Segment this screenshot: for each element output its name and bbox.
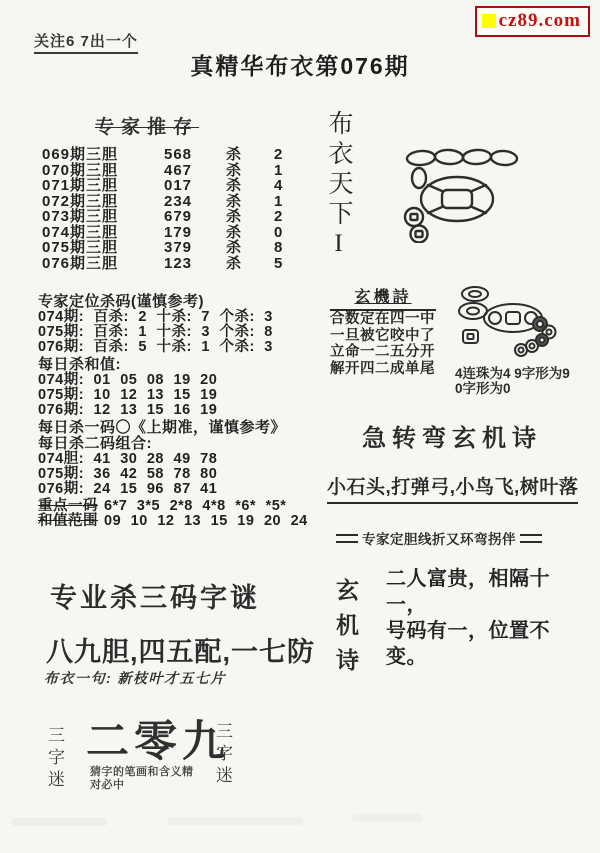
kill-three-riddle-title: 专业杀三码字谜 xyxy=(50,576,260,615)
recommend-header: 专家推存 xyxy=(95,112,199,139)
row-issue: 075期三胆 xyxy=(42,240,164,256)
couplet-line2: 号码有一，位置不变。 xyxy=(386,618,566,670)
daily-kill-block: 专家定位杀码(谨慎参考) 074期: 百杀: 2 十杀: 7 个杀: 3 075… xyxy=(38,294,318,529)
logo-text: cz89.com xyxy=(499,10,581,32)
row-dan: 568 xyxy=(164,147,226,163)
row-issue: 071期三胆 xyxy=(42,178,164,194)
row-issue: 073期三胆 xyxy=(42,209,164,225)
xuanjishi-vertical-label: 玄机诗 xyxy=(330,578,363,683)
row-issue: 074期三胆 xyxy=(42,225,164,241)
row-issue: 076期三胆 xyxy=(42,256,164,272)
row-dan: 179 xyxy=(164,225,226,241)
logo-yellow-square-icon xyxy=(482,14,496,28)
row-kill-label: 杀 xyxy=(226,194,274,210)
row-dan: 234 xyxy=(164,194,226,210)
dan-pei-fang-line: 八九胆,四五配,一七防 xyxy=(46,630,315,669)
row-dan: 017 xyxy=(164,178,226,194)
xuanji-poem-line: 一旦被它咬中了 xyxy=(330,329,436,345)
ghost-smudge xyxy=(352,814,422,822)
dingwei-title: 专家定位杀码(谨慎参考) xyxy=(38,294,318,310)
page-title: 真精华布衣第076期 xyxy=(0,48,600,81)
row-dan: 379 xyxy=(164,240,226,256)
row-kill-value: 2 xyxy=(274,209,294,225)
ghost-smudge xyxy=(168,817,303,825)
sha-erma-line: 074胆: 41 30 28 49 78 xyxy=(38,452,318,467)
row-kill-value: 2 xyxy=(274,147,294,163)
three-char-riddle-left-label: 三字迷 xyxy=(42,726,67,792)
table-row: 073期三胆679杀2 xyxy=(42,209,302,225)
expert-divider: 专家定胆线折又环弯拐伴 xyxy=(336,528,546,548)
row-kill-value: 8 xyxy=(274,240,294,256)
dingwei-line: 075期: 百杀: 1 十杀: 3 个杀: 8 xyxy=(38,325,318,340)
row-dan: 679 xyxy=(164,209,226,225)
hezhi-fanwei-value: 09 10 12 13 15 19 20 24 xyxy=(104,513,308,529)
sha-yima-line: 每日杀一码〇《上期准，谨慎参考》 xyxy=(38,420,318,436)
xuanji-poem-line: 合数定在四一中 xyxy=(330,312,436,328)
row-issue: 072期三胆 xyxy=(42,194,164,210)
row-dan: 123 xyxy=(164,256,226,272)
sha-erma-line: 076期: 24 15 96 87 41 xyxy=(38,482,318,497)
ghost-smudge xyxy=(12,818,107,826)
coin-figure-drawing-icon xyxy=(397,147,524,243)
row-issue: 070期三胆 xyxy=(42,163,164,179)
sharp-turn-poem-title: 急转弯玄机诗 xyxy=(362,418,542,453)
row-kill-label: 杀 xyxy=(226,225,274,241)
sha-hezhi-title: 每日杀和值: xyxy=(38,357,318,373)
row-dan: 467 xyxy=(164,163,226,179)
riddle-footnote: 猜字的笔画和含义精 对必中 xyxy=(90,766,200,792)
site-logo: cz89.com xyxy=(475,6,590,37)
riddle-footnote-line2: 对必中 xyxy=(90,779,200,792)
xuanji-poem-line: 立命一二五分开 xyxy=(330,345,436,361)
coin-shape-note-line1: 4连珠为4 9字形为9 xyxy=(455,367,585,382)
row-kill-label: 杀 xyxy=(226,256,274,272)
dingwei-line: 074期: 百杀: 2 十杀: 7 个杀: 3 xyxy=(38,310,318,325)
buyi-sentence: 布衣一句: 新枝叶才五七片 xyxy=(44,668,226,688)
row-kill-value: 4 xyxy=(274,178,294,194)
zhongdian-line: 重点一码6*7 3*5 2*8 4*8 *6* *5* xyxy=(38,499,318,514)
sha-erma-title: 每日杀二码组合: xyxy=(38,436,318,452)
buyi-tianxia-vertical-title: 布衣天下I xyxy=(320,110,356,262)
coin-cluster-drawing-icon xyxy=(457,284,559,358)
hezhi-fanwei-label: 和值范围 xyxy=(38,513,98,529)
couplet-line1: 二人富贵，相隔十一， xyxy=(386,566,566,618)
table-row: 075期三胆379杀8 xyxy=(42,240,302,256)
row-kill-label: 杀 xyxy=(226,147,274,163)
table-row: 071期三胆017杀4 xyxy=(42,178,302,194)
sha-hezhi-line: 076期: 12 13 15 16 19 xyxy=(38,403,318,418)
row-issue: 069期三胆 xyxy=(42,147,164,163)
hezhi-fanwei-line: 和值范围09 10 12 13 15 19 20 24 xyxy=(38,514,318,529)
couplet-block: 二人富贵，相隔十一， 号码有一，位置不变。 xyxy=(386,566,566,670)
coin-shape-note-line2: 0字形为0 xyxy=(455,382,585,397)
row-kill-value: 1 xyxy=(274,163,294,179)
riddle-footnote-line1: 猜字的笔画和含义精 xyxy=(90,766,200,779)
xuanji-poem-title: 玄機詩 xyxy=(330,284,436,311)
row-kill-value: 0 xyxy=(274,225,294,241)
divider-left-line xyxy=(336,534,358,543)
table-row: 070期三胆467杀1 xyxy=(42,163,302,179)
sharp-turn-poem-line: 小石头,打弹弓,小鸟飞,树叶落 xyxy=(327,472,578,504)
zhongdian-value: 6*7 3*5 2*8 4*8 *6* *5* xyxy=(104,498,286,514)
recommend-list: 069期三胆568杀2 070期三胆467杀1 071期三胆017杀4 072期… xyxy=(42,147,302,271)
divider-right-line xyxy=(520,534,542,543)
table-row: 074期三胆179杀0 xyxy=(42,225,302,241)
xuanji-poem-line: 解开四二成单尾 xyxy=(330,362,436,378)
lottery-sheet-page: 关注6 7出一个 cz89.com 真精华布衣第076期 专家推存 069期三胆… xyxy=(0,0,600,853)
divider-text: 专家定胆线折又环弯拐伴 xyxy=(362,528,516,548)
row-kill-value: 5 xyxy=(274,256,294,272)
xuanji-poem-block: 玄機詩 合数定在四一中 一旦被它咬中了 立命一二五分开 解开四二成单尾 xyxy=(330,284,436,377)
table-row: 069期三胆568杀2 xyxy=(42,147,302,163)
row-kill-label: 杀 xyxy=(226,163,274,179)
dingwei-line: 076期: 百杀: 5 十杀: 1 个杀: 3 xyxy=(38,340,318,355)
row-kill-label: 杀 xyxy=(226,240,274,256)
riddle-answer-big-chars: 二零九 xyxy=(86,708,230,769)
row-kill-label: 杀 xyxy=(226,178,274,194)
sha-erma-line: 075期: 36 42 58 78 80 xyxy=(38,467,318,482)
sha-hezhi-line: 075期: 10 12 13 15 19 xyxy=(38,388,318,403)
table-row: 076期三胆123杀5 xyxy=(42,256,302,272)
three-char-riddle-right-label: 三字迷 xyxy=(210,722,235,788)
row-kill-label: 杀 xyxy=(226,209,274,225)
table-row: 072期三胆234杀1 xyxy=(42,194,302,210)
sha-hezhi-line: 074期: 01 05 08 19 20 xyxy=(38,373,318,388)
row-kill-value: 1 xyxy=(274,194,294,210)
coin-shape-notes: 4连珠为4 9字形为9 0字形为0 xyxy=(455,367,585,396)
zhongdian-label: 重点一码 xyxy=(38,498,98,514)
